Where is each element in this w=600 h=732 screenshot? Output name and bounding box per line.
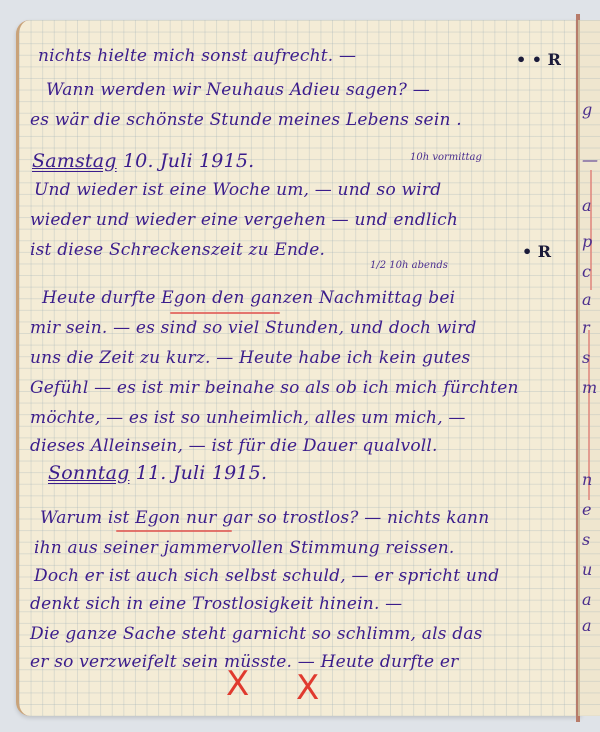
adjacent-text: e — [582, 500, 591, 519]
text-line: Wann werden wir Neuhaus Adieu sagen? — — [46, 80, 430, 100]
text-line: es wär die schönste Stunde meines Lebens… — [30, 110, 462, 130]
text-line: Doch er ist auch sich selbst schuld, — e… — [34, 566, 499, 586]
entry-heading: Sonntag 11. Juli 1915. — [48, 462, 267, 484]
end-mark: • R — [522, 242, 551, 261]
text-line: ihn aus seiner jammervollen Stimmung rei… — [34, 538, 455, 558]
text-line: Heute durfte Egon den ganzen Nachmittag … — [42, 288, 455, 308]
time-note: 1/2 10h abends — [370, 260, 448, 271]
entry-day: Samstag — [32, 150, 117, 172]
adjacent-text: p — [582, 232, 592, 251]
adjacent-text: r — [582, 318, 590, 337]
adjacent-text: g — [582, 100, 592, 119]
text-line: nichts hielte mich sonst aufrecht. — — [38, 46, 356, 66]
red-underline-annotation — [116, 530, 232, 532]
text-line: Und wieder ist eine Woche um, — und so w… — [34, 180, 441, 200]
adjacent-text: c — [582, 262, 591, 281]
adjacent-text: u — [582, 560, 592, 579]
text-line: wieder und wieder eine vergehen — und en… — [30, 210, 458, 230]
text-line: Gefühl — es ist mir beinahe so als ob ic… — [30, 378, 519, 398]
adjacent-text: a — [582, 616, 592, 635]
adjacent-text: s — [582, 530, 590, 549]
entry-date: 11. Juli 1915. — [136, 462, 268, 484]
entry-date: 10. Juli 1915. — [123, 150, 255, 172]
red-underline-annotation — [170, 312, 280, 314]
adjacent-text: a — [582, 196, 592, 215]
adjacent-text: a — [582, 590, 592, 609]
adjacent-text: — — [582, 150, 598, 169]
text-line: Die ganze Sache steht garnicht so schlim… — [30, 624, 483, 644]
adjacent-text: n — [582, 470, 592, 489]
time-note: 10h vormittag — [410, 152, 482, 163]
text-line: möchte, — es ist so unheimlich, alles um… — [30, 408, 466, 428]
text-line: denkt sich in eine Trostlosigkeit hinein… — [30, 594, 402, 614]
red-x-mark: X — [226, 664, 249, 704]
adjacent-text: a — [582, 290, 592, 309]
text-line: Warum ist Egon nur gar so trostlos? — ni… — [40, 508, 489, 528]
text-line: dieses Alleinsein, — ist für die Dauer q… — [30, 436, 438, 456]
text-line: uns die Zeit zu kurz. — Heute habe ich k… — [30, 348, 470, 368]
margin-marks: • • R — [516, 50, 561, 69]
end-mark-text: • R — [522, 242, 551, 261]
text-line: ist diese Schreckenszeit zu Ende. — [30, 240, 325, 260]
adjacent-text: s — [582, 348, 590, 367]
entry-day: Sonntag — [48, 462, 129, 484]
red-x-mark: X — [296, 668, 319, 708]
entry-heading: Samstag 10. Juli 1915. — [32, 150, 254, 172]
text-line: mir sein. — es sind so viel Stunden, und… — [30, 318, 477, 338]
adjacent-text: m — [582, 378, 597, 397]
dot-marks: • • R — [516, 50, 561, 69]
